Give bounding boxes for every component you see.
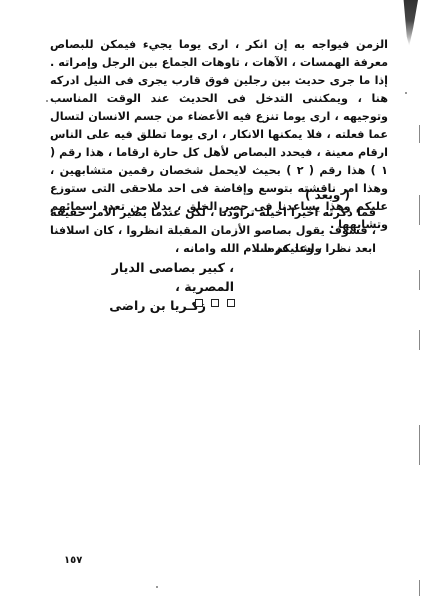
section-separator [195,299,235,307]
signature-title: ، كبير بصاصى الديار المصرية ، [64,258,234,296]
scan-speck [405,92,407,94]
book-page: الزمن فيواجه به إن انكر ، ارى يوما يجيء … [0,0,422,599]
scan-edge-line [419,195,420,225]
scan-edge-line [419,425,420,465]
scan-edge-line [419,125,420,143]
scan-edge-line [419,270,420,290]
separator-square-icon [211,299,219,307]
scan-speck [46,100,48,102]
section-heading: ( وبعد ) [280,186,350,204]
scan-binding-shadow [402,0,418,46]
closing-salutation: ، وعليكم سلام الله وامانه ، [160,240,380,258]
scan-edge-line [419,330,420,350]
scan-edge-line [419,580,420,596]
separator-square-icon [227,299,235,307]
separator-square-icon [195,299,203,307]
page-number: ١٥٧ [64,555,82,566]
scan-speck [156,586,158,588]
